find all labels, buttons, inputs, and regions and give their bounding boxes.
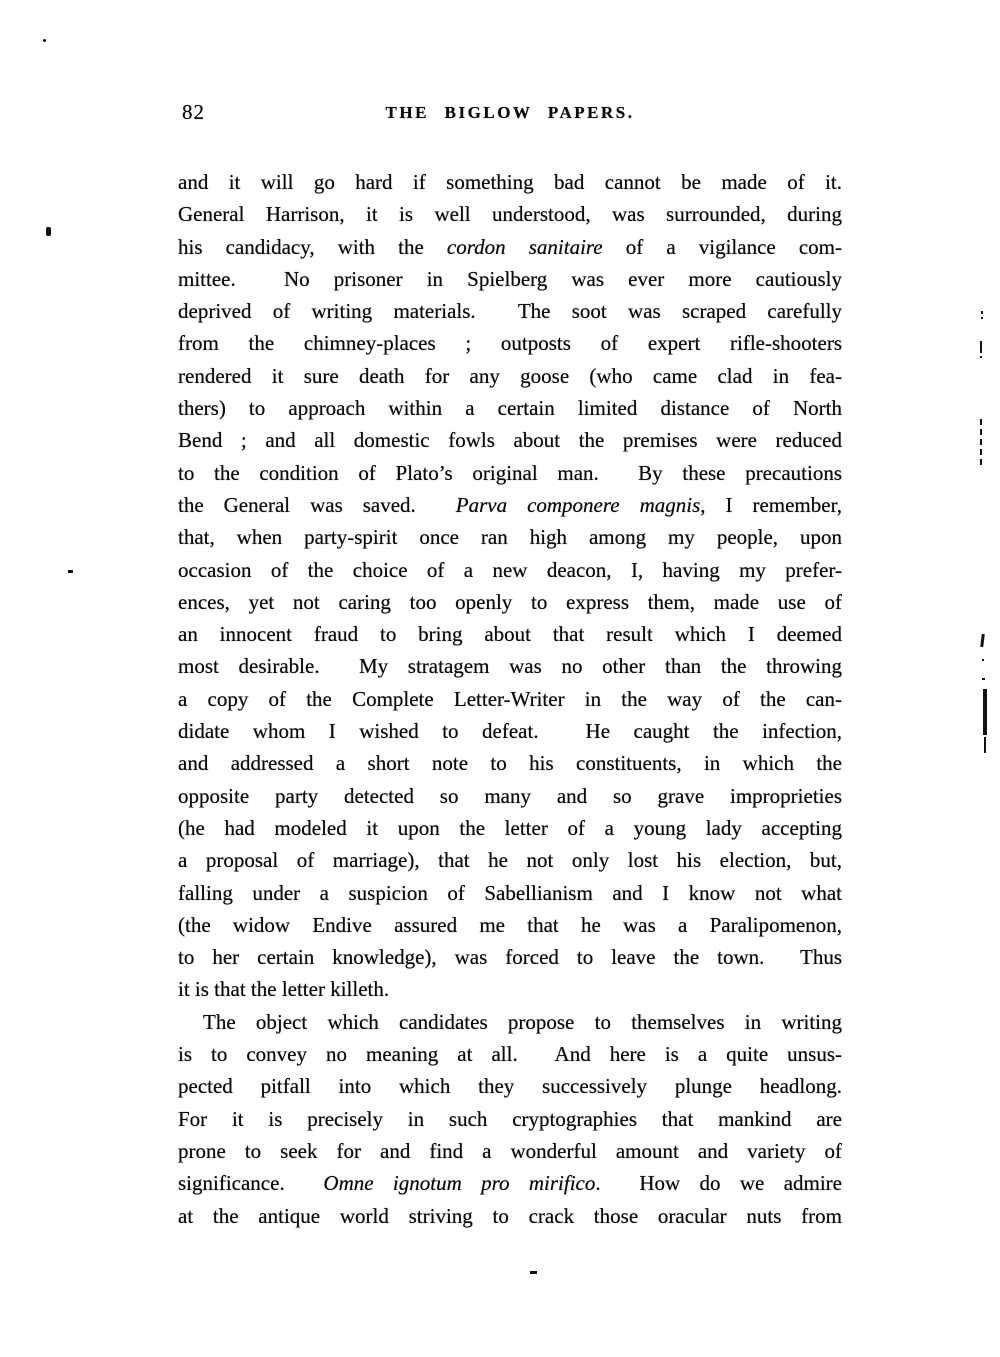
text-line: and addressed a short note to his consti… (178, 747, 842, 779)
text-line: a copy of the Complete Letter-Writer in … (178, 683, 842, 715)
scan-edge-mark (982, 659, 984, 661)
text-line: falling under a suspicion of Sabellianis… (178, 877, 842, 909)
text-line: General Harrison, it is well understood,… (178, 198, 842, 230)
scan-speck (43, 39, 46, 42)
text-segment: most desirable. My stratagem was no othe… (178, 654, 842, 678)
running-title: THE BIGLOW PAPERS. (178, 103, 842, 123)
scan-edge-mark (980, 341, 982, 353)
text-line: (he had modeled it upon the letter of a … (178, 812, 842, 844)
text-line: at the antique world striving to crack t… (178, 1200, 842, 1232)
text-line: pected pitfall into which they successiv… (178, 1070, 842, 1102)
text-segment: falling under a suspicion of Sabellianis… (178, 881, 842, 905)
text-segment: is to convey no meaning at all. And here… (178, 1042, 842, 1066)
text-line: Bend ; and all domestic fowls about the … (178, 424, 842, 456)
text-line: mittee. No prisoner in Spielberg was eve… (178, 263, 842, 295)
text-line: and it will go hard if something bad can… (178, 166, 842, 198)
scan-edge-mark (982, 678, 985, 680)
text-line: his candidacy, with the cordon sanitaire… (178, 231, 842, 263)
italic-phrase: Parva componere magnis (456, 493, 700, 517)
text-segment: thers) to approach within a certain limi… (178, 396, 842, 420)
text-line: deprived of writing materials. The soot … (178, 295, 842, 327)
text-line: to her certain knowledge), was forced to… (178, 941, 842, 973)
text-segment: it is that the letter killeth. (178, 977, 389, 1001)
text-line: it is that the letter killeth. (178, 973, 842, 1005)
text-line: the General was saved. Parva componere m… (178, 489, 842, 521)
text-segment: that, when party-spirit once ran high am… (178, 525, 842, 549)
scan-edge-mark (984, 737, 986, 753)
page-body: and it will go hard if something bad can… (178, 166, 842, 1232)
text-segment: an innocent fraud to bring about that re… (178, 622, 842, 646)
scan-edge-mark (983, 689, 987, 735)
text-line: didate whom I wished to defeat. He caugh… (178, 715, 842, 747)
text-line: occasion of the choice of a new deacon, … (178, 554, 842, 586)
text-segment: mittee. No prisoner in Spielberg was eve… (178, 267, 842, 291)
text-segment: occasion of the choice of a new deacon, … (178, 558, 842, 582)
text-line: opposite party detected so many and so g… (178, 780, 842, 812)
text-line: rendered it sure death for any goose (wh… (178, 360, 842, 392)
text-segment: rendered it sure death for any goose (wh… (178, 364, 842, 388)
text-line: from the chimney-places ; outposts of ex… (178, 327, 842, 359)
text-segment: and it will go hard if something bad can… (178, 170, 842, 194)
italic-phrase: Omne ignotum pro mirifico (323, 1171, 595, 1195)
text-line: prone to seek for and find a wonderful a… (178, 1135, 842, 1167)
scan-edge-mark (981, 317, 983, 319)
text-line: For it is precisely in such cryptographi… (178, 1103, 842, 1135)
text-segment: the General was saved. (178, 493, 456, 517)
text-segment: at the antique world striving to crack t… (178, 1204, 842, 1228)
scan-edge-mark (980, 356, 982, 358)
text-segment: , I remember, (700, 493, 842, 517)
text-segment: didate whom I wished to defeat. He caugh… (178, 719, 842, 743)
text-segment: his candidacy, with the (178, 235, 447, 259)
book-page: 82 THE BIGLOW PAPERS. and it will go har… (0, 0, 1000, 1357)
text-segment: and addressed a short note to his consti… (178, 751, 842, 775)
text-segment: a copy of the Complete Letter-Writer in … (178, 687, 842, 711)
text-segment: of a vigilance com- (603, 235, 842, 259)
text-segment: from the chimney-places ; outposts of ex… (178, 331, 842, 355)
scan-edge-mark (981, 311, 983, 314)
scan-edge-mark (980, 634, 985, 647)
scan-speck (46, 227, 51, 236)
text-segment: (the widow Endive assured me that he was… (178, 913, 842, 937)
text-segment: Bend ; and all domestic fowls about the … (178, 428, 842, 452)
text-segment: For it is precisely in such cryptographi… (178, 1107, 842, 1131)
scan-speck (68, 570, 73, 573)
text-line: ences, yet not caring too openly to expr… (178, 586, 842, 618)
scan-edge-mark (980, 419, 982, 465)
text-line: (the widow Endive assured me that he was… (178, 909, 842, 941)
text-segment: (he had modeled it upon the letter of a … (178, 816, 842, 840)
text-segment: to the condition of Plato’s original man… (178, 461, 842, 485)
text-line: thers) to approach within a certain limi… (178, 392, 842, 424)
text-segment: significance. (178, 1171, 323, 1195)
page-header: 82 THE BIGLOW PAPERS. (178, 100, 842, 128)
text-segment: ences, yet not caring too openly to expr… (178, 590, 842, 614)
text-line: to the condition of Plato’s original man… (178, 457, 842, 489)
text-segment: The object which candidates propose to t… (203, 1010, 842, 1034)
text-line: that, when party-spirit once ran high am… (178, 521, 842, 553)
text-segment: a proposal of marriage), that he not onl… (178, 848, 842, 872)
text-segment: prone to seek for and find a wonderful a… (178, 1139, 842, 1163)
text-segment: opposite party detected so many and so g… (178, 784, 842, 808)
text-segment: General Harrison, it is well understood,… (178, 202, 842, 226)
scan-speck (530, 1271, 537, 1274)
text-line: an innocent fraud to bring about that re… (178, 618, 842, 650)
text-line: a proposal of marriage), that he not onl… (178, 844, 842, 876)
text-segment: to her certain knowledge), was forced to… (178, 945, 842, 969)
text-segment: pected pitfall into which they successiv… (178, 1074, 842, 1098)
italic-phrase: cordon sanitaire (447, 235, 603, 259)
text-segment: deprived of writing materials. The soot … (178, 299, 842, 323)
text-line: is to convey no meaning at all. And here… (178, 1038, 842, 1070)
text-segment: . How do we admire (595, 1171, 842, 1195)
text-line: The object which candidates propose to t… (178, 1006, 842, 1038)
text-line: significance. Omne ignotum pro mirifico.… (178, 1167, 842, 1199)
text-line: most desirable. My stratagem was no othe… (178, 650, 842, 682)
